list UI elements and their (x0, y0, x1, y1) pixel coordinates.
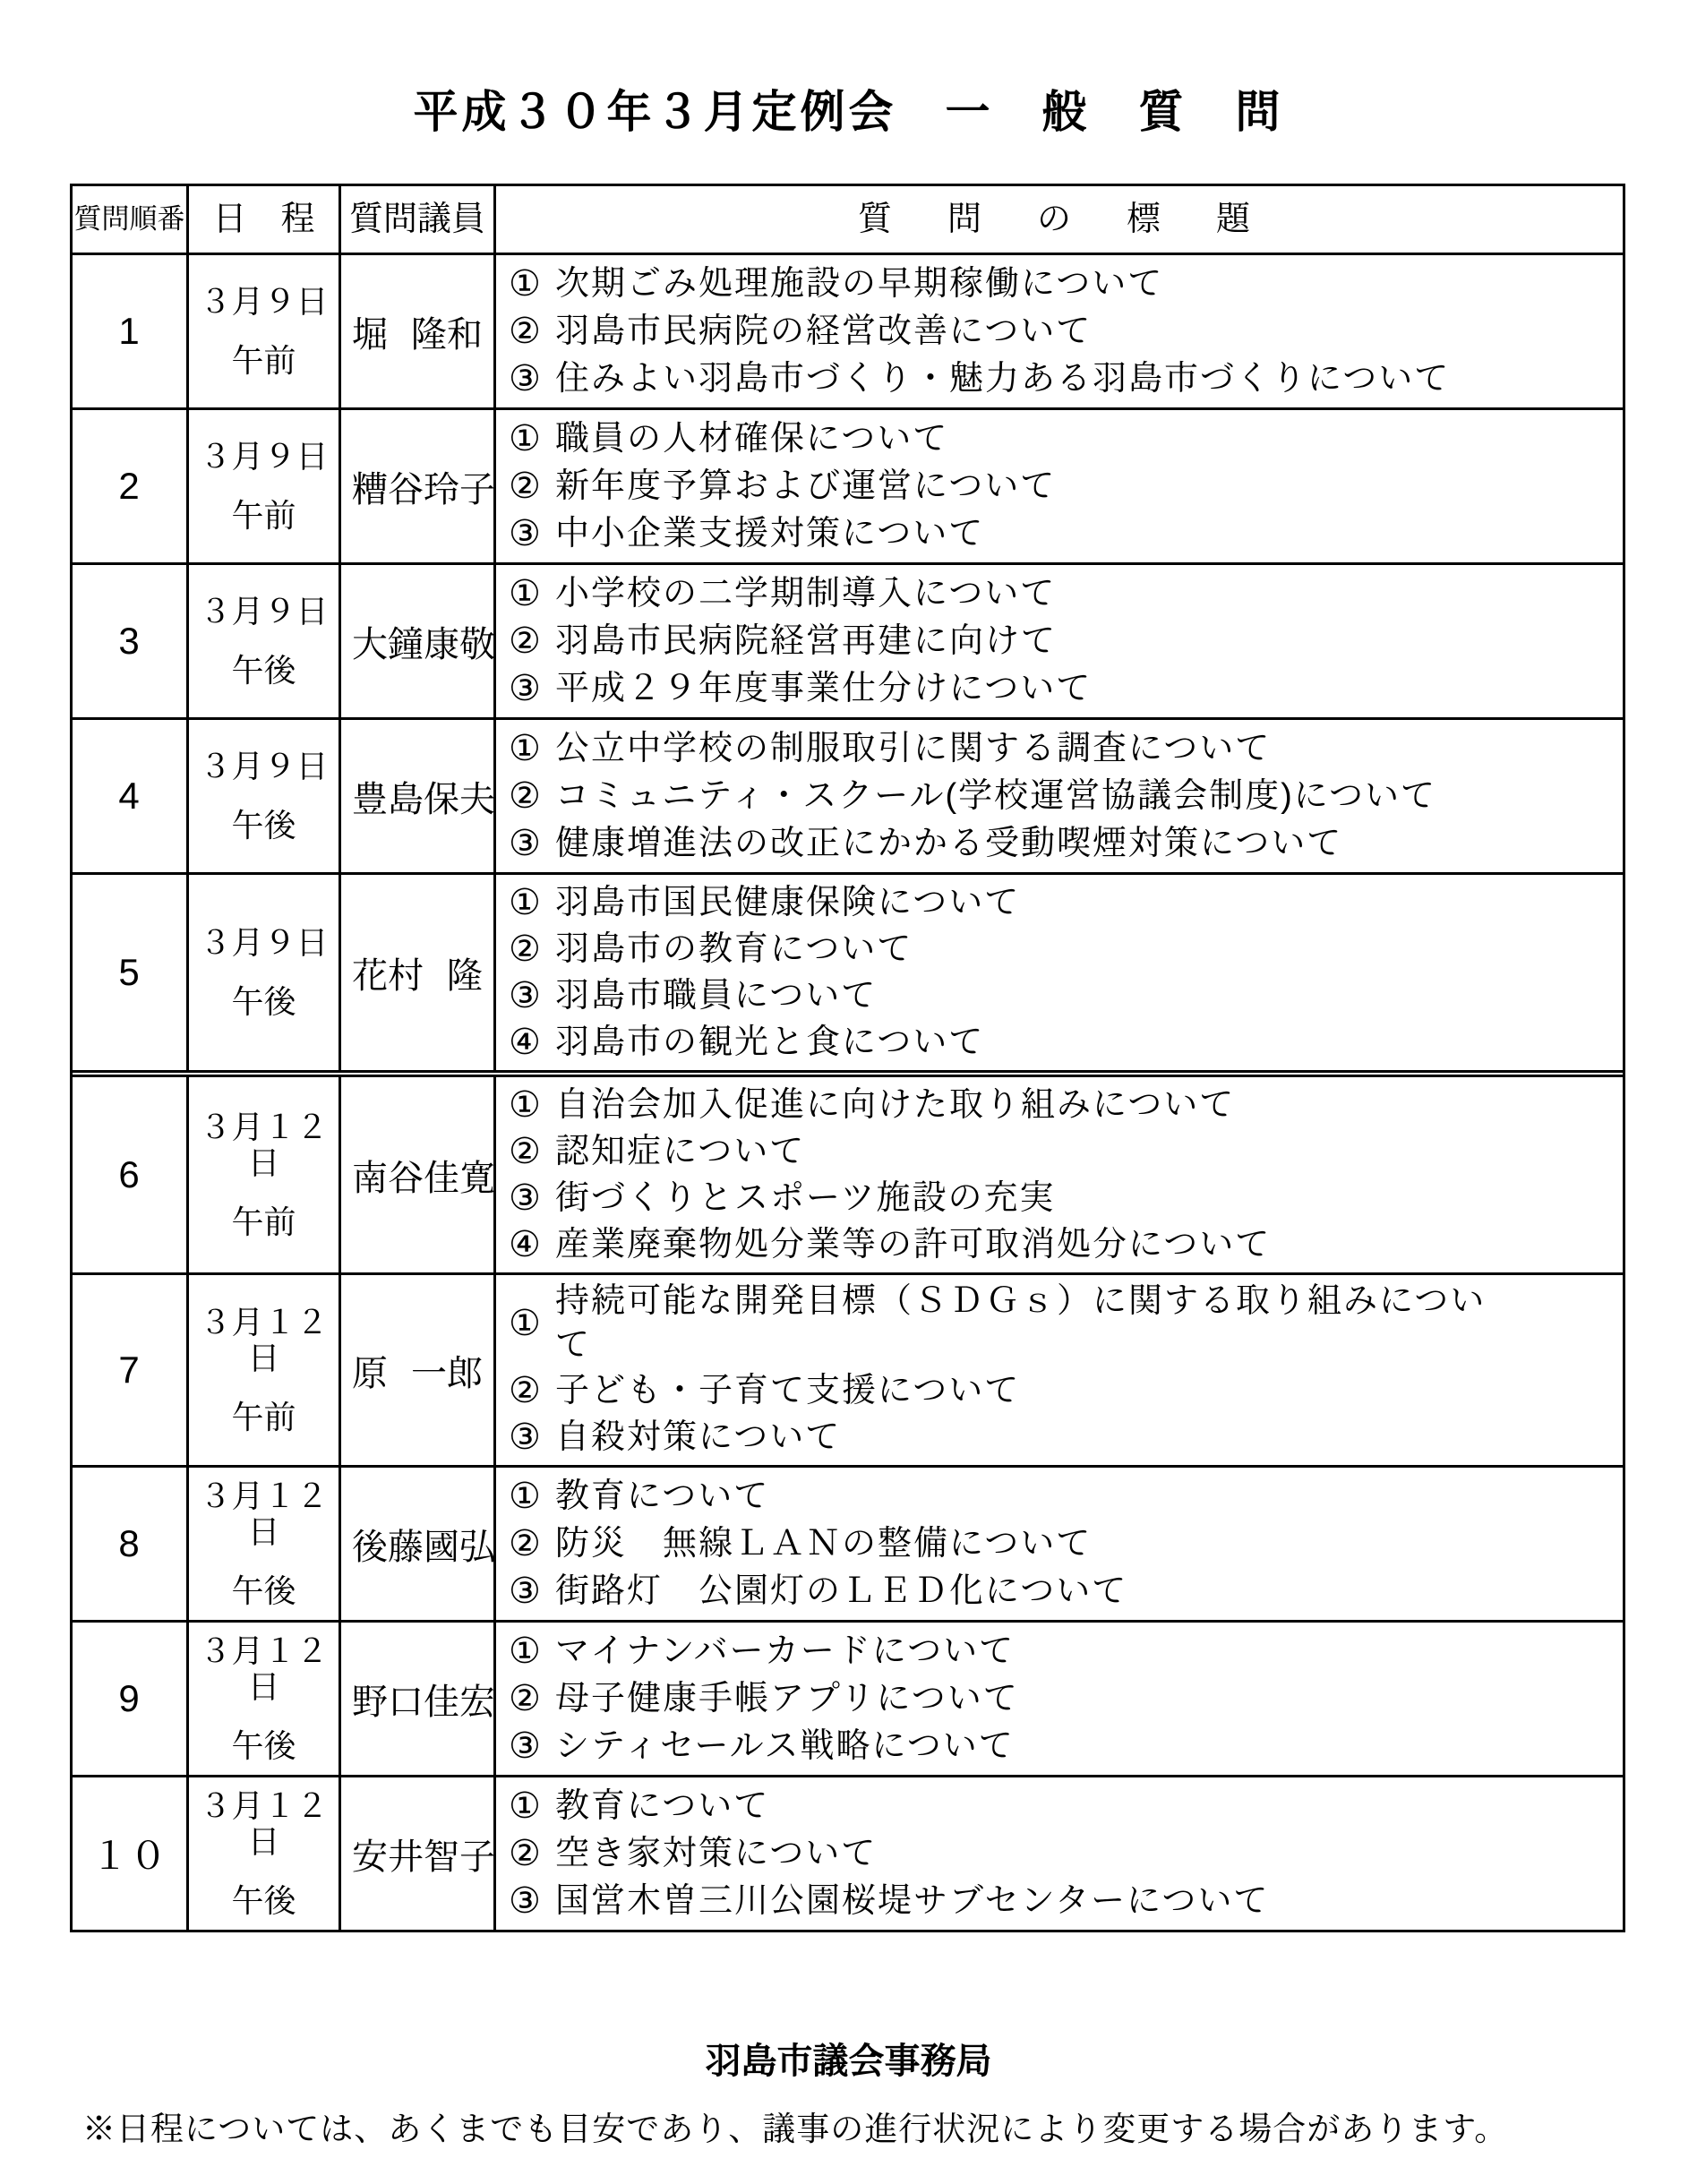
item-text: 国営木曽三川公園桜堤サブセンターについて (555, 1880, 1269, 1923)
table-body: 1 ３月９日 午前 堀 隆和 ①次期ごみ処理施設の早期稼働について②羽島市民病院… (73, 253, 1623, 1930)
item-number: ② (509, 1832, 555, 1875)
question-item: ②空き家対策について (509, 1830, 1605, 1877)
session-text: 午後 (231, 984, 296, 1020)
table-row: 6 ３月１２日 午前 南谷 佳寛 ①自治会加入促進に向けた取り組みについて②認知… (73, 1070, 1623, 1272)
date-cell: ３月１２日 午前 (186, 1077, 339, 1272)
member-cell: 野口 佳宏 (339, 1623, 493, 1775)
order-cell: 5 (73, 875, 186, 1070)
item-number: ③ (509, 1880, 555, 1923)
question-order: 7 (118, 1349, 140, 1392)
question-item: ③住みよい羽島市づくり・魅力ある羽島市づくりについて (509, 355, 1605, 402)
topic-cell: ①教育について②空き家対策について③国営木曽三川公園桜堤サブセンターについて (493, 1777, 1623, 1930)
item-number: ② (509, 775, 555, 818)
table-row: 7 ３月１２日 午前 原 一郎 ①持続可能な開発目標（ＳＤＧｓ）に関する取り組み… (73, 1272, 1623, 1465)
item-text: シティセールス戦略について (555, 1725, 1015, 1769)
member-family-name: 安井 (352, 1829, 424, 1880)
question-order: 6 (118, 1153, 140, 1196)
question-item: ③シティセールス戦略について (509, 1723, 1605, 1769)
page-title: 平成３０年３月定例会 一 般 質 問 (0, 0, 1697, 139)
order-cell: 8 (73, 1468, 186, 1620)
date-text: ３月９日 (199, 439, 328, 475)
question-item: ①小学校の二学期制導入について (509, 570, 1605, 617)
order-cell: 2 (73, 410, 186, 562)
item-text: 自治会加入促進に向けた取り組みについて (555, 1083, 1235, 1127)
item-text: 住みよい羽島市づくり・魅力ある羽島市づくりについて (555, 357, 1450, 401)
member-family-name: 後藤 (352, 1519, 424, 1570)
item-number: ② (509, 1677, 555, 1720)
date-text: ３月９日 (199, 594, 328, 630)
document-page: 平成３０年３月定例会 一 般 質 問 質問順番 日 程 質問議員 質 問 の 標… (0, 0, 1697, 2184)
session-text: 午前 (231, 1400, 296, 1435)
item-number: ④ (509, 1021, 555, 1064)
member-given-name: 一郎 (411, 1345, 483, 1396)
question-item: ①次期ごみ処理施設の早期稼働について (509, 261, 1605, 307)
member-cell: 原 一郎 (339, 1275, 493, 1465)
header-question-order: 質問順番 (73, 186, 186, 253)
member-family-name: 豊島 (352, 771, 424, 822)
date-cell: ３月９日 午前 (186, 410, 339, 562)
member-family-name: 野口 (352, 1674, 424, 1725)
table-row: 4 ３月９日 午後 豊島 保夫 ①公立中学校の制服取引に関する調査について②コミ… (73, 717, 1623, 872)
question-item: ①自治会加入促進に向けた取り組みについて (509, 1082, 1605, 1128)
item-number: ④ (509, 1223, 555, 1266)
header-question-topic: 質 問 の 標 題 (493, 186, 1623, 253)
topic-cell: ①マイナンバーカードについて②母子健康手帳アプリについて③シティセールス戦略につ… (493, 1623, 1623, 1775)
date-text: ３月１２日 (189, 1788, 339, 1860)
topic-cell: ①自治会加入促進に向けた取り組みについて②認知症について③街づくりとスポーツ施設… (493, 1077, 1623, 1272)
question-item: ③平成２９年度事業仕分けについて (509, 665, 1605, 712)
session-text: 午前 (231, 498, 296, 534)
topic-cell: ①教育について②防災 無線ＬＡＮの整備について③街路灯 公園灯のＬＥＤ化について (493, 1468, 1623, 1620)
item-number: ① (509, 572, 555, 615)
schedule-note: ※日程については、あくまでも目安であり、議事の進行状況により変更する場合がありま… (0, 2102, 1697, 2150)
question-order: 4 (118, 775, 140, 818)
general-question-table: 質問順番 日 程 質問議員 質 問 の 標 題 1 ３月９日 午前 堀 隆和 ①… (70, 184, 1625, 1932)
item-text: 街づくりとスポーツ施設の充実 (555, 1177, 1055, 1220)
question-item: ③健康増進法の改正にかかる受動喫煙対策について (509, 820, 1605, 867)
item-text: 教育について (555, 1785, 769, 1829)
table-row: １０ ３月１２日 午後 安井 智子 ①教育について②空き家対策について③国営木曽… (73, 1775, 1623, 1930)
order-cell: 6 (73, 1077, 186, 1272)
topic-cell: ①職員の人材確保について②新年度予算および運営について③中小企業支援対策について (493, 410, 1623, 562)
question-item: ①公立中学校の制服取引に関する調査について (509, 725, 1605, 772)
item-number: ③ (509, 822, 555, 865)
date-cell: ３月９日 午後 (186, 565, 339, 717)
item-number: ③ (509, 357, 555, 400)
question-item: ②新年度予算および運営について (509, 463, 1605, 510)
item-number: ① (509, 1083, 555, 1126)
member-family-name: 糟谷 (352, 461, 424, 512)
order-cell: 3 (73, 565, 186, 717)
item-text: 子ども・子育て支援について (555, 1369, 1020, 1413)
item-number: ② (509, 620, 555, 663)
date-cell: ３月１２日 午後 (186, 1623, 339, 1775)
topic-cell: ①羽島市国民健康保険について②羽島市の教育について③羽島市職員について④羽島市の… (493, 875, 1623, 1070)
question-item: ②母子健康手帳アプリについて (509, 1675, 1605, 1722)
question-order: 2 (118, 465, 140, 508)
date-text: ３月１２日 (189, 1478, 339, 1550)
item-number: ③ (509, 512, 555, 555)
session-text: 午後 (231, 808, 296, 844)
question-item: ①教育について (509, 1783, 1605, 1829)
topic-cell: ①公立中学校の制服取引に関する調査について②コミュニティ・スクール(学校運営協議… (493, 720, 1623, 872)
date-cell: ３月９日 午前 (186, 255, 339, 407)
item-text: 健康増進法の改正にかかる受動喫煙対策について (555, 822, 1342, 866)
member-given-name: 隆 (447, 947, 483, 998)
item-number: ② (509, 1369, 555, 1412)
session-text: 午後 (231, 653, 296, 689)
item-number: ③ (509, 974, 555, 1017)
question-item: ①羽島市国民健康保険について (509, 879, 1605, 926)
question-order: 3 (118, 620, 140, 663)
item-text: 羽島市国民健康保険について (555, 881, 1020, 925)
item-text: 産業廃棄物処分業等の許可取消処分について (555, 1223, 1271, 1267)
member-cell: 後藤 國弘 (339, 1468, 493, 1620)
question-item: ①教育について (509, 1473, 1605, 1520)
member-cell: 花村 隆 (339, 875, 493, 1070)
member-given-name: 隆和 (411, 306, 483, 357)
member-given-name: 保夫 (424, 771, 495, 822)
item-text: 職員の人材確保について (555, 417, 948, 461)
member-family-name: 大鐘 (352, 616, 424, 667)
item-text: 持続可能な開発目標（ＳＤＧｓ）に関する取り組みについて (555, 1280, 1504, 1367)
topic-cell: ①小学校の二学期制導入について②羽島市民病院経営再建に向けて③平成２９年度事業仕… (493, 565, 1623, 717)
item-number: ② (509, 1130, 555, 1173)
date-cell: ３月１２日 午後 (186, 1777, 339, 1930)
table-row: 3 ３月９日 午後 大鐘 康敬 ①小学校の二学期制導入について②羽島市民病院経営… (73, 562, 1623, 717)
question-item: ③羽島市職員について (509, 972, 1605, 1019)
member-given-name: 康敬 (424, 616, 495, 667)
member-given-name: 國弘 (424, 1519, 495, 1570)
topic-cell: ①持続可能な開発目標（ＳＤＧｓ）に関する取り組みについて②子ども・子育て支援につ… (493, 1275, 1623, 1465)
item-number: ① (509, 417, 555, 460)
table-row: 5 ３月９日 午後 花村 隆 ①羽島市国民健康保険について②羽島市の教育について… (73, 872, 1623, 1070)
item-text: マイナンバーカードについて (555, 1630, 1015, 1674)
question-item: ③街づくりとスポーツ施設の充実 (509, 1175, 1605, 1221)
member-family-name: 原 (352, 1345, 388, 1396)
date-cell: ３月９日 午後 (186, 720, 339, 872)
question-item: ④羽島市の観光と食について (509, 1019, 1605, 1066)
item-number: ① (509, 1630, 555, 1673)
question-item: ②防災 無線ＬＡＮの整備について (509, 1520, 1605, 1567)
table-row: 9 ３月１２日 午後 野口 佳宏 ①マイナンバーカードについて②母子健康手帳アプ… (73, 1620, 1623, 1775)
member-cell: 糟谷 玲子 (339, 410, 493, 562)
question-item: ②羽島市の教育について (509, 926, 1605, 972)
order-cell: １０ (73, 1777, 186, 1930)
session-text: 午前 (231, 1204, 296, 1240)
table-row: 1 ３月９日 午前 堀 隆和 ①次期ごみ処理施設の早期稼働について②羽島市民病院… (73, 253, 1623, 407)
member-cell: 大鐘 康敬 (339, 565, 493, 717)
item-text: 新年度予算および運営について (555, 465, 1056, 509)
member-given-name: 佳寛 (424, 1150, 495, 1201)
order-cell: 1 (73, 255, 186, 407)
item-number: ② (509, 928, 555, 971)
table-row: 8 ３月１２日 午後 後藤 國弘 ①教育について②防災 無線ＬＡＮの整備について… (73, 1465, 1623, 1620)
item-text: 教育について (555, 1475, 769, 1519)
member-cell: 豊島 保夫 (339, 720, 493, 872)
date-cell: ３月１２日 午後 (186, 1468, 339, 1620)
item-number: ① (509, 1302, 555, 1345)
item-number: ③ (509, 667, 555, 710)
item-text: 空き家対策について (555, 1832, 877, 1876)
question-item: ③街路灯 公園灯のＬＥＤ化について (509, 1568, 1605, 1614)
item-number: ① (509, 1475, 555, 1518)
question-item: ②子ども・子育て支援について (509, 1367, 1605, 1414)
item-text: 平成２９年度事業仕分けについて (555, 667, 1092, 711)
question-item: ②コミュニティ・スクール(学校運営協議会制度)について (509, 773, 1605, 819)
member-family-name: 南谷 (352, 1150, 424, 1201)
item-number: ① (509, 881, 555, 924)
item-text: 羽島市民病院経営再建に向けて (555, 620, 1057, 664)
header-question-member: 質問議員 (339, 186, 493, 253)
item-text: 小学校の二学期制導入について (555, 572, 1056, 616)
order-cell: 4 (73, 720, 186, 872)
member-given-name: 玲子 (424, 461, 495, 512)
item-number: ② (509, 465, 555, 508)
date-text: ３月１２日 (189, 1633, 339, 1705)
date-cell: ３月１２日 午前 (186, 1275, 339, 1465)
item-text: 母子健康手帳アプリについて (555, 1677, 1019, 1721)
table-row: 2 ３月９日 午前 糟谷 玲子 ①職員の人材確保について②新年度予算および運営に… (73, 407, 1623, 562)
item-number: ① (509, 262, 555, 305)
member-family-name: 堀 (352, 306, 388, 357)
question-order: １０ (90, 1827, 167, 1880)
office-name: 羽島市議会事務局 (0, 2033, 1697, 2084)
member-given-name: 智子 (424, 1829, 495, 1880)
header-schedule: 日 程 (186, 186, 339, 253)
date-text: ３月９日 (199, 925, 328, 961)
item-number: ② (509, 310, 555, 353)
item-number: ③ (509, 1177, 555, 1220)
table-header-row: 質問順番 日 程 質問議員 質 問 の 標 題 (73, 186, 1623, 253)
question-item: ①持続可能な開発目標（ＳＤＧｓ）に関する取り組みについて (509, 1280, 1605, 1367)
item-text: 羽島市の観光と食について (555, 1021, 984, 1065)
item-text: 防災 無線ＬＡＮの整備について (555, 1522, 1092, 1566)
order-cell: 7 (73, 1275, 186, 1465)
session-text: 午後 (231, 1883, 296, 1919)
question-order: 1 (118, 310, 140, 353)
item-text: 自殺対策について (555, 1416, 841, 1460)
question-item: ②羽島市民病院経営再建に向けて (509, 618, 1605, 664)
member-cell: 南谷 佳寛 (339, 1077, 493, 1272)
item-text: 羽島市の教育について (555, 928, 913, 972)
date-text: ３月１２日 (189, 1305, 339, 1376)
item-number: ② (509, 1522, 555, 1565)
date-text: ３月９日 (199, 749, 328, 784)
item-number: ① (509, 727, 555, 770)
item-number: ③ (509, 1416, 555, 1459)
question-order: 8 (118, 1522, 140, 1565)
date-cell: ３月９日 午後 (186, 875, 339, 1070)
item-text: 中小企業支援対策について (555, 512, 984, 556)
session-text: 午後 (231, 1728, 296, 1764)
question-order: 5 (118, 951, 140, 994)
item-text: コミュニティ・スクール(学校運営協議会制度)について (555, 775, 1436, 818)
item-text: 街路灯 公園灯のＬＥＤ化について (555, 1570, 1127, 1614)
topic-cell: ①次期ごみ処理施設の早期稼働について②羽島市民病院の経営改善について③住みよい羽… (493, 255, 1623, 407)
member-family-name: 花村 (352, 947, 424, 998)
date-text: ３月１２日 (189, 1109, 339, 1181)
member-cell: 安井 智子 (339, 1777, 493, 1930)
item-number: ③ (509, 1725, 555, 1768)
member-given-name: 佳宏 (424, 1674, 495, 1725)
question-item: ①職員の人材確保について (509, 415, 1605, 462)
question-item: ③国営木曽三川公園桜堤サブセンターについて (509, 1878, 1605, 1924)
question-item: ①マイナンバーカードについて (509, 1628, 1605, 1674)
item-number: ① (509, 1785, 555, 1828)
date-text: ３月９日 (199, 284, 328, 320)
item-text: 公立中学校の制服取引に関する調査について (555, 727, 1271, 771)
question-order: 9 (118, 1677, 140, 1720)
question-item: ④産業廃棄物処分業等の許可取消処分について (509, 1221, 1605, 1268)
order-cell: 9 (73, 1623, 186, 1775)
session-text: 午後 (231, 1573, 296, 1609)
question-item: ③自殺対策について (509, 1414, 1605, 1460)
question-item: ③中小企業支援対策について (509, 510, 1605, 557)
item-number: ③ (509, 1570, 555, 1613)
item-text: 羽島市民病院の経営改善について (555, 310, 1092, 354)
item-text: 認知症について (555, 1130, 805, 1174)
member-cell: 堀 隆和 (339, 255, 493, 407)
session-text: 午前 (231, 343, 296, 379)
question-item: ②羽島市民病院の経営改善について (509, 308, 1605, 355)
item-text: 次期ごみ処理施設の早期稼働について (555, 262, 1163, 306)
question-item: ②認知症について (509, 1128, 1605, 1175)
item-text: 羽島市職員について (555, 974, 877, 1018)
